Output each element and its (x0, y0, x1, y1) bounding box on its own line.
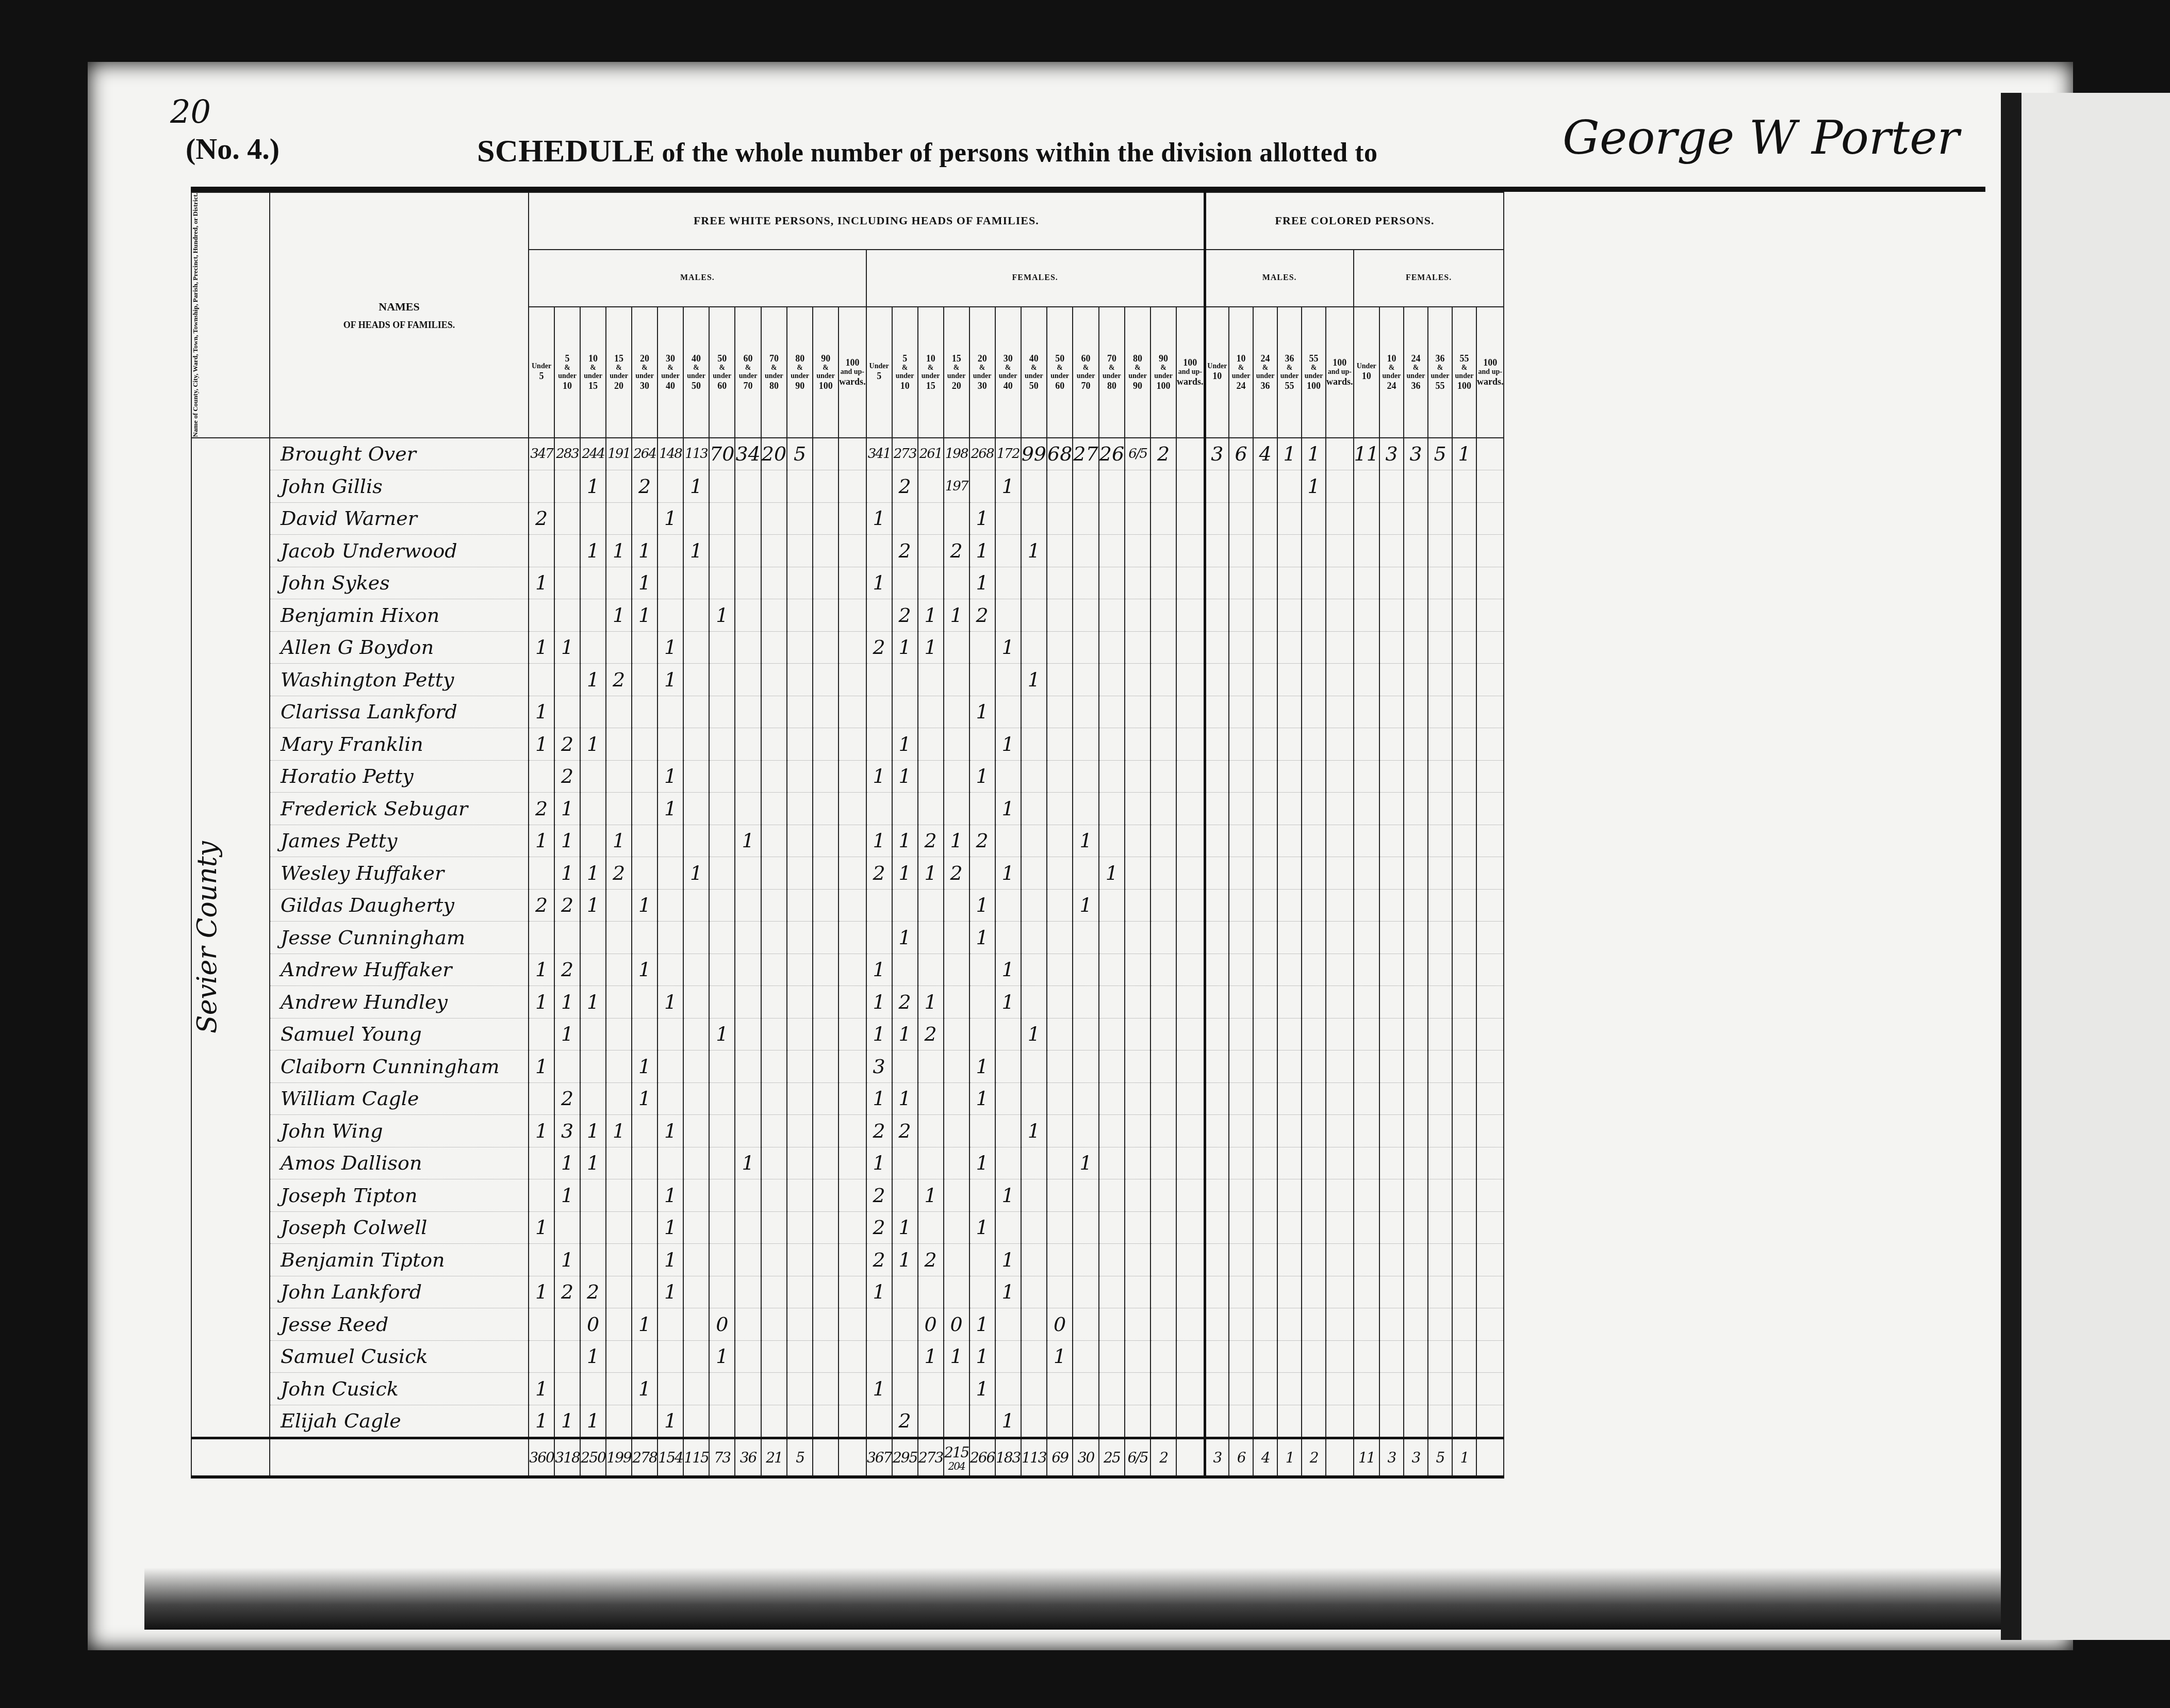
count-cell (1229, 1050, 1253, 1083)
count-cell (657, 922, 683, 954)
count-cell: 1 (892, 760, 918, 793)
count-cell (1326, 664, 1354, 696)
colored-females-header: FEMALES. (1354, 250, 1504, 307)
count-cell (1125, 1115, 1150, 1147)
count-cell (892, 1340, 918, 1373)
count-cell (1354, 1244, 1379, 1276)
count-cell (944, 889, 969, 922)
total-cell: 250 (580, 1438, 606, 1477)
count-cell (1229, 1018, 1253, 1050)
count-cell: 1 (969, 535, 995, 567)
count-cell (969, 986, 995, 1019)
count-cell (839, 664, 866, 696)
count-cell (1326, 922, 1354, 954)
count-cell (1229, 857, 1253, 890)
count-cell (554, 599, 580, 632)
count-cell: 1 (657, 793, 683, 825)
top-rule (191, 187, 1985, 192)
white-female-age-header: 40& under50 (1021, 307, 1047, 438)
count-cell (1150, 760, 1176, 793)
count-cell (657, 1082, 683, 1115)
count-cell (606, 631, 632, 664)
count-cell (657, 1373, 683, 1405)
count-cell (554, 535, 580, 567)
count-cell (1404, 1018, 1428, 1050)
count-cell (735, 470, 761, 503)
count-cell: 1 (1099, 857, 1125, 890)
count-cell (1302, 922, 1326, 954)
table-row: Mary Franklin12111 (191, 728, 1504, 761)
count-cell: 2 (892, 986, 918, 1019)
count-cell (918, 1115, 944, 1147)
count-cell (554, 470, 580, 503)
count-cell (995, 502, 1021, 535)
count-cell (866, 664, 892, 696)
title-rest: of the whole number of persons within th… (662, 138, 1378, 168)
count-cell (529, 760, 554, 793)
count-cell (1150, 1211, 1176, 1244)
page-number: 20 (170, 93, 211, 130)
count-cell (1379, 1050, 1404, 1083)
count-cell (1176, 502, 1205, 535)
count-cell (1326, 535, 1354, 567)
count-cell (1404, 986, 1428, 1019)
free-colored-header: FREE COLORED PERSONS. (1205, 192, 1504, 250)
count-cell (1354, 825, 1379, 857)
count-cell (1379, 1405, 1404, 1438)
count-cell (995, 1018, 1021, 1050)
count-cell (1073, 1244, 1098, 1276)
count-cell (761, 567, 787, 599)
count-cell (1150, 1147, 1176, 1179)
count-cell (918, 728, 944, 761)
count-cell (1452, 1308, 1476, 1341)
head-of-family-name: Mary Franklin (270, 728, 529, 761)
count-cell (1150, 567, 1176, 599)
count-cell (1229, 889, 1253, 922)
count-cell (995, 825, 1021, 857)
count-cell (918, 793, 944, 825)
census-table: Name of County, City, Ward, Town, Townsh… (191, 192, 1504, 1479)
count-cell: 1 (944, 1340, 969, 1373)
count-cell (1176, 1276, 1205, 1308)
count-cell (735, 1308, 761, 1341)
count-cell: 1 (580, 889, 606, 922)
count-cell (1176, 857, 1205, 890)
count-cell (1253, 567, 1277, 599)
total-cell: 295 (892, 1438, 918, 1477)
colored-male-age-header: 10& under24 (1229, 307, 1253, 438)
count-cell (735, 1050, 761, 1083)
count-cell (761, 1018, 787, 1050)
count-cell (813, 760, 839, 793)
total-cell: 367 (866, 1438, 892, 1477)
count-cell (1205, 631, 1229, 664)
count-cell (761, 1308, 787, 1341)
count-cell (944, 664, 969, 696)
head-of-family-name: Jesse Reed (270, 1308, 529, 1341)
colored-male-age-header: Under10 (1205, 307, 1229, 438)
white-male-age-header: 30& under40 (657, 307, 683, 438)
count-cell (1354, 1179, 1379, 1212)
count-cell (892, 1308, 918, 1341)
count-cell (1476, 1405, 1504, 1438)
count-cell (787, 1211, 813, 1244)
count-cell (1302, 1082, 1326, 1115)
count-cell (632, 696, 657, 728)
count-cell (1125, 1082, 1150, 1115)
count-cell (1428, 1405, 1452, 1438)
count-cell (1176, 922, 1205, 954)
count-cell (1326, 1211, 1354, 1244)
count-cell (1205, 1244, 1229, 1276)
count-cell: 1 (632, 889, 657, 922)
count-cell (735, 922, 761, 954)
count-cell (1099, 889, 1125, 922)
count-cell (606, 1373, 632, 1405)
count-cell (1125, 1179, 1150, 1212)
count-cell (1205, 1405, 1229, 1438)
count-cell (1302, 986, 1326, 1019)
count-cell: 261 (918, 438, 944, 470)
count-cell (1253, 1276, 1277, 1308)
count-cell (1253, 599, 1277, 632)
total-cell: 3 (1404, 1438, 1428, 1477)
count-cell (787, 1340, 813, 1373)
count-cell: 198 (944, 438, 969, 470)
count-cell (1326, 502, 1354, 535)
count-cell: 1 (632, 1082, 657, 1115)
count-cell (969, 954, 995, 986)
count-cell (1099, 696, 1125, 728)
table-row: John Sykes1111 (191, 567, 1504, 599)
count-cell (761, 1050, 787, 1083)
count-cell (839, 889, 866, 922)
count-cell (1277, 631, 1302, 664)
count-cell (1277, 1018, 1302, 1050)
count-cell (1150, 1308, 1176, 1341)
count-cell (1073, 1405, 1098, 1438)
count-cell (735, 567, 761, 599)
count-cell: 1 (969, 1082, 995, 1115)
count-cell (787, 1276, 813, 1308)
count-cell (1326, 760, 1354, 793)
count-cell (969, 470, 995, 503)
count-cell (839, 793, 866, 825)
count-cell (1452, 793, 1476, 825)
count-cell (1379, 1276, 1404, 1308)
count-cell: 34 (735, 438, 761, 470)
head-of-family-name: Allen G Boydon (270, 631, 529, 664)
colored-female-age-header: Under10 (1354, 307, 1379, 438)
count-cell (1229, 599, 1253, 632)
count-cell (813, 1018, 839, 1050)
count-cell (1176, 1115, 1205, 1147)
count-cell (787, 728, 813, 761)
count-cell (1047, 1244, 1073, 1276)
count-cell (606, 1050, 632, 1083)
count-cell (787, 954, 813, 986)
count-cell (995, 599, 1021, 632)
count-cell (1428, 696, 1452, 728)
count-cell (1205, 1373, 1229, 1405)
count-cell (1404, 1179, 1428, 1212)
count-cell: 1 (683, 857, 709, 890)
count-cell (1277, 1115, 1302, 1147)
count-cell (1404, 1308, 1428, 1341)
count-cell (866, 889, 892, 922)
count-cell (1452, 535, 1476, 567)
count-cell (632, 1405, 657, 1438)
count-cell (969, 1115, 995, 1147)
count-cell (529, 922, 554, 954)
count-cell (709, 567, 735, 599)
count-cell (1205, 1276, 1229, 1308)
count-cell (1253, 470, 1277, 503)
count-cell (1326, 1276, 1354, 1308)
count-cell: 2 (866, 1211, 892, 1244)
count-cell (1021, 793, 1047, 825)
total-cell: 1 (1452, 1438, 1476, 1477)
count-cell (1326, 728, 1354, 761)
count-cell: 1 (969, 922, 995, 954)
count-cell (657, 889, 683, 922)
count-cell: 1 (892, 1211, 918, 1244)
head-of-family-name: James Petty (270, 825, 529, 857)
count-cell (1073, 1115, 1098, 1147)
count-cell (1073, 728, 1098, 761)
count-cell (1125, 599, 1150, 632)
count-cell: 1 (529, 1211, 554, 1244)
count-cell (1404, 857, 1428, 890)
count-cell (580, 825, 606, 857)
count-cell: 1 (995, 1276, 1021, 1308)
count-cell (1125, 1276, 1150, 1308)
count-cell: 99 (1021, 438, 1047, 470)
count-cell (761, 631, 787, 664)
total-cell: 318 (554, 1438, 580, 1477)
count-cell (1229, 1276, 1253, 1308)
count-cell: 70 (709, 438, 735, 470)
count-cell: 1 (529, 825, 554, 857)
total-cell: 25 (1099, 1438, 1125, 1477)
count-cell: 2 (554, 1082, 580, 1115)
count-cell (1277, 1373, 1302, 1405)
count-cell (529, 470, 554, 503)
count-cell (735, 1082, 761, 1115)
count-cell: 1 (657, 1179, 683, 1212)
count-cell (1354, 760, 1379, 793)
count-cell (1176, 470, 1205, 503)
count-cell (1125, 1405, 1150, 1438)
count-cell (1099, 1405, 1125, 1438)
count-cell (1476, 1179, 1504, 1212)
count-cell: 347 (529, 438, 554, 470)
count-cell: 1 (657, 760, 683, 793)
count-cell (761, 728, 787, 761)
form-number: (No. 4.) (186, 132, 280, 166)
count-cell (735, 857, 761, 890)
count-cell (813, 1147, 839, 1179)
count-cell (1099, 1018, 1125, 1050)
count-cell (813, 986, 839, 1019)
count-cell (761, 857, 787, 890)
count-cell (1404, 1050, 1428, 1083)
count-cell (761, 1179, 787, 1212)
count-cell (1476, 664, 1504, 696)
count-cell (1326, 889, 1354, 922)
table-row: David Warner2111 (191, 502, 1504, 535)
count-cell (1150, 1405, 1176, 1438)
count-cell: 1 (995, 857, 1021, 890)
count-cell (709, 889, 735, 922)
count-cell (1428, 631, 1452, 664)
count-cell (709, 857, 735, 890)
count-cell: 1 (969, 1340, 995, 1373)
count-cell (1047, 1405, 1073, 1438)
count-cell (1099, 760, 1125, 793)
count-cell (606, 793, 632, 825)
count-cell: 1 (657, 664, 683, 696)
count-cell (1150, 793, 1176, 825)
count-cell (1176, 1405, 1205, 1438)
count-cell (1452, 599, 1476, 632)
count-cell (787, 535, 813, 567)
count-cell (1253, 1373, 1277, 1405)
count-cell (1452, 1082, 1476, 1115)
count-cell (1150, 1373, 1176, 1405)
count-cell: 27 (1073, 438, 1098, 470)
count-cell (1428, 1373, 1452, 1405)
count-cell: 2 (892, 535, 918, 567)
count-cell (839, 1211, 866, 1244)
count-cell (1253, 696, 1277, 728)
count-cell: 1 (1021, 535, 1047, 567)
count-cell (1073, 696, 1098, 728)
count-cell: 1 (554, 1018, 580, 1050)
colored-female-age-header: 10& under24 (1379, 307, 1404, 438)
table-row: Washington Petty1211 (191, 664, 1504, 696)
count-cell: 1 (944, 825, 969, 857)
total-cell: 4 (1253, 1438, 1277, 1477)
count-cell (1021, 954, 1047, 986)
count-cell (1229, 1147, 1253, 1179)
count-cell (1326, 793, 1354, 825)
count-cell (709, 1211, 735, 1244)
count-cell (1073, 631, 1098, 664)
count-cell (1277, 1082, 1302, 1115)
count-cell (1452, 986, 1476, 1019)
count-cell (735, 1179, 761, 1212)
count-cell (1099, 1340, 1125, 1373)
count-cell: 1 (554, 825, 580, 857)
count-cell: 1 (632, 1050, 657, 1083)
count-cell (1452, 728, 1476, 761)
count-cell: 1 (866, 1147, 892, 1179)
count-cell (1277, 922, 1302, 954)
count-cell (580, 502, 606, 535)
count-cell (709, 1082, 735, 1115)
count-cell (1379, 1340, 1404, 1373)
count-cell (709, 1115, 735, 1147)
count-cell (1125, 502, 1150, 535)
total-cell (1476, 1438, 1504, 1477)
count-cell (813, 1050, 839, 1083)
count-cell (735, 502, 761, 535)
count-cell (839, 1405, 866, 1438)
count-cell: 1 (632, 535, 657, 567)
count-cell (969, 1179, 995, 1212)
count-cell: 1 (554, 1244, 580, 1276)
count-cell: 1 (918, 1340, 944, 1373)
white-male-age-header: 90& under100 (813, 307, 839, 438)
count-cell (1428, 664, 1452, 696)
count-cell (1253, 1340, 1277, 1373)
count-cell (1379, 954, 1404, 986)
count-cell (1125, 664, 1150, 696)
count-cell (709, 502, 735, 535)
count-cell (1253, 1244, 1277, 1276)
count-cell (761, 825, 787, 857)
count-cell (1476, 502, 1504, 535)
total-cell: 5 (1428, 1438, 1452, 1477)
colored-males-header: MALES. (1205, 250, 1354, 307)
count-cell (529, 1082, 554, 1115)
count-cell (1404, 502, 1428, 535)
count-cell: 1 (995, 631, 1021, 664)
count-cell (1476, 889, 1504, 922)
county-column: Sevier County (191, 438, 270, 1438)
count-cell (1229, 728, 1253, 761)
count-cell: 2 (529, 502, 554, 535)
count-cell (683, 1115, 709, 1147)
count-cell (1302, 1050, 1326, 1083)
count-cell (683, 1276, 709, 1308)
colored-male-age-header: 55& under100 (1302, 307, 1326, 438)
count-cell (1205, 1340, 1229, 1373)
count-cell (1476, 954, 1504, 986)
count-cell: 2 (892, 1115, 918, 1147)
count-cell (1073, 599, 1098, 632)
count-cell (1452, 664, 1476, 696)
count-cell (1229, 1211, 1253, 1244)
totals-row: 3603182501992781541157336215367295273215… (191, 1438, 1504, 1477)
count-cell (1047, 825, 1073, 857)
count-cell (1476, 1050, 1504, 1083)
count-cell (1047, 986, 1073, 1019)
count-cell (1150, 1276, 1176, 1308)
count-cell (632, 1018, 657, 1050)
count-cell (1229, 664, 1253, 696)
count-cell (1302, 793, 1326, 825)
count-cell: 1 (969, 1147, 995, 1179)
count-cell: 1 (529, 1405, 554, 1438)
head-of-family-name: John Cusick (270, 1373, 529, 1405)
count-cell (1452, 1373, 1476, 1405)
count-cell (1205, 1115, 1229, 1147)
count-cell (1205, 696, 1229, 728)
count-cell (1428, 470, 1452, 503)
count-cell (761, 1115, 787, 1147)
count-cell (1277, 696, 1302, 728)
count-cell (944, 1373, 969, 1405)
count-cell (995, 1082, 1021, 1115)
title-lead: SCHEDULE (477, 134, 655, 169)
count-cell (683, 1244, 709, 1276)
count-cell (709, 1050, 735, 1083)
count-cell: 1 (657, 1211, 683, 1244)
count-cell (1253, 760, 1277, 793)
